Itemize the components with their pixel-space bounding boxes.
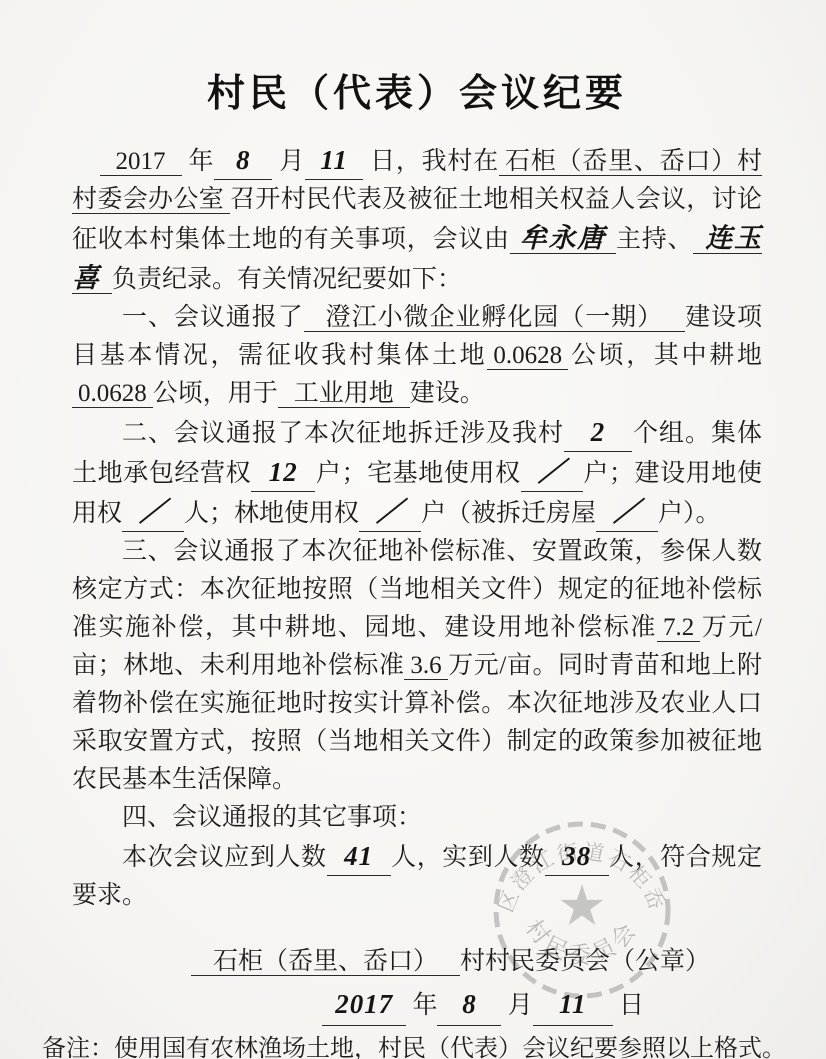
fill-in-typed: 2017 bbox=[100, 148, 182, 176]
paragraph: 三、会议通报了本次征地补偿标准、安置政策，参保人数核定方式：本次征地按照（当地相… bbox=[72, 533, 762, 799]
fill-in-typed: 石柜（岙里、岙口） bbox=[191, 948, 460, 976]
fill-in-handwritten: 41 bbox=[327, 837, 391, 876]
fill-in-typed: 3.6 bbox=[404, 652, 447, 680]
fill-in-handwritten: 11 bbox=[305, 141, 363, 180]
fill-in-handwritten: 12 bbox=[251, 453, 315, 492]
signature-org-line: 石柜（岙里、岙口）村村民委员会（公章） bbox=[72, 941, 762, 983]
text-run: 户（被拆迁房屋 bbox=[421, 500, 596, 527]
fill-in-handwritten: ／ bbox=[359, 493, 421, 532]
fill-in-typed: 工业用地 bbox=[278, 380, 410, 408]
fill-in-handwritten: ／ bbox=[596, 493, 658, 532]
fill-in-handwritten: 牟永唐 bbox=[510, 223, 616, 254]
fill-in-handwritten: ／ bbox=[122, 493, 184, 532]
text-run: 月 bbox=[501, 992, 532, 1019]
fill-in-handwritten: 2 bbox=[564, 413, 632, 452]
document-title: 村民（代表）会议纪要 bbox=[72, 0, 762, 117]
fill-in-handwritten: ／ bbox=[521, 453, 583, 492]
text-run: 村村民委员会（公章） bbox=[460, 948, 710, 975]
text-run: 本次会议应到人数 bbox=[122, 844, 327, 871]
text-run: 年 bbox=[406, 992, 437, 1019]
fill-in-handwritten: 11 bbox=[533, 983, 613, 1026]
text-run: 户）。 bbox=[658, 500, 721, 527]
paragraph: 本次会议应到人数41人，实到人数38人，符合规定要求。 bbox=[72, 837, 762, 915]
text-run: 公顷，其中耕地 bbox=[568, 342, 762, 369]
text-run: 月 bbox=[272, 148, 305, 175]
fill-in-handwritten: 8 bbox=[214, 141, 272, 180]
footnote: 备注：使用国有农林渔场土地，村民（代表）会议纪要参照以上格式。 bbox=[42, 1031, 762, 1059]
text-run: 二、会议通报了本次征地拆迁涉及我村 bbox=[122, 420, 564, 447]
fill-in-handwritten: 2017 bbox=[322, 983, 406, 1026]
text-run: 人；林地使用权 bbox=[184, 500, 359, 527]
fill-in-typed: 0.0628 bbox=[487, 342, 568, 370]
paragraph: 四、会议通报的其它事项： bbox=[72, 799, 762, 837]
text-run: 日，我村在 bbox=[363, 148, 499, 175]
fill-in-typed: 7.2 bbox=[657, 614, 700, 642]
signature-block: 石柜（岙里、岙口）村村民委员会（公章） 2017 年8 月11 日 bbox=[72, 941, 762, 1027]
text-run: 一、会议通报了 bbox=[122, 304, 304, 331]
paragraph: 一、会议通报了澄江小微企业孵化园（一期）建设项目基本情况，需征收我村集体土地0.… bbox=[72, 299, 762, 413]
document-page: ★ 区澄江街道石柜岙 村民委员会 村民（代表）会议纪要 2017 年8 月11 … bbox=[0, 0, 826, 1059]
text-run: 负责纪录。有关情况纪要如下： bbox=[112, 266, 462, 293]
fill-in-handwritten: 38 bbox=[545, 837, 609, 876]
fill-in-typed: 0.0628 bbox=[72, 380, 153, 408]
paragraph: 二、会议通报了本次征地拆迁涉及我村2个组。集体土地承包经营权12户；宅基地使用权… bbox=[72, 413, 762, 533]
text-run: 公顷，用于 bbox=[153, 380, 278, 407]
text-run: 日 bbox=[613, 992, 644, 1019]
fill-in-handwritten: 8 bbox=[437, 983, 501, 1026]
text-run: 主持、 bbox=[616, 226, 693, 253]
text-run: 户；宅基地使用权 bbox=[315, 460, 520, 487]
text-run: 年 bbox=[182, 148, 215, 175]
text-run: 人，实到人数 bbox=[391, 844, 545, 871]
paragraph: 2017 年8 月11 日，我村在石柜（岙里、岙口）村村委会办公室召开村民代表及… bbox=[72, 141, 762, 299]
text-run: 建设。 bbox=[410, 380, 485, 407]
fill-in-typed: 澄江小微企业孵化园（一期） bbox=[304, 304, 685, 332]
document-content: 村民（代表）会议纪要 2017 年8 月11 日，我村在石柜（岙里、岙口）村村委… bbox=[0, 0, 826, 1059]
signature-date-line: 2017 年8 月11 日 bbox=[72, 983, 762, 1027]
text-run: 四、会议通报的其它事项： bbox=[122, 804, 422, 831]
document-body: 2017 年8 月11 日，我村在石柜（岙里、岙口）村村委会办公室召开村民代表及… bbox=[72, 141, 762, 915]
